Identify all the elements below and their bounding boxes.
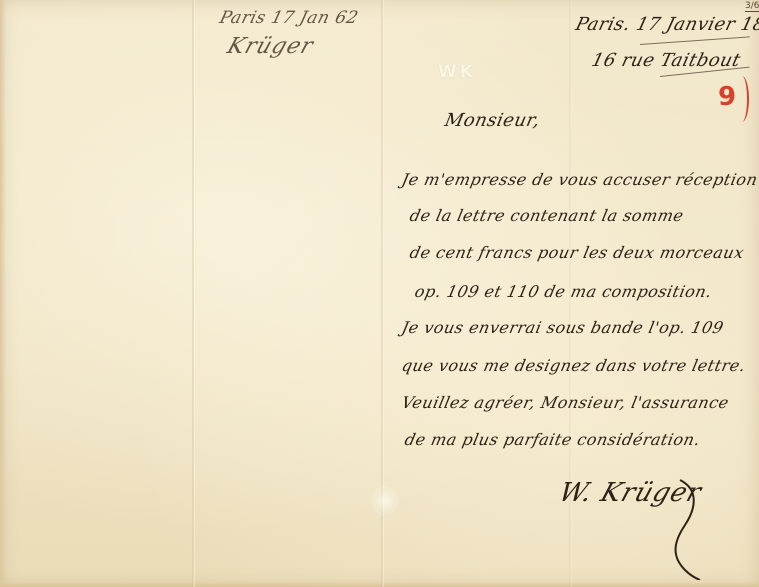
docket-name: Krüger (224, 34, 317, 59)
letter-line-5: Je vous enverrai sous bande l'op. 109 (400, 318, 726, 337)
folio-mark: 3/6 (745, 2, 759, 12)
place-date: Paris. 17 Janvier 1862 (573, 14, 759, 35)
archive-bracket (735, 76, 749, 122)
paper-edge-bottom (0, 582, 759, 587)
letter-line-8: de ma plus parfaite considération. (403, 430, 702, 449)
letter-line-3: de cent francs pour les deux morceaux (408, 243, 746, 262)
letter-line-1: Je m'empresse de vous accuser réception (400, 170, 759, 189)
archive-number: 9 (718, 82, 736, 112)
paper-edge-left (0, 0, 6, 587)
address: 16 rue Taitbout (589, 50, 742, 71)
fold-line-left (192, 0, 195, 587)
salutation: Monsieur, (443, 110, 542, 131)
docket-date: Paris 17 Jan 62 (218, 8, 361, 28)
letter-line-2: de la lettre contenant la somme (408, 206, 686, 225)
letter-line-7: Veuillez agréer, Monsieur, l'assurance (400, 393, 731, 412)
letter-line-4: op. 109 et 110 de ma composition. (413, 282, 714, 301)
letter-line-6: que vous me designez dans votre lettre. (400, 356, 748, 375)
signature-flourish (640, 470, 720, 580)
embossed-stamp (373, 488, 397, 514)
embossed-monogram: WK (438, 62, 476, 82)
